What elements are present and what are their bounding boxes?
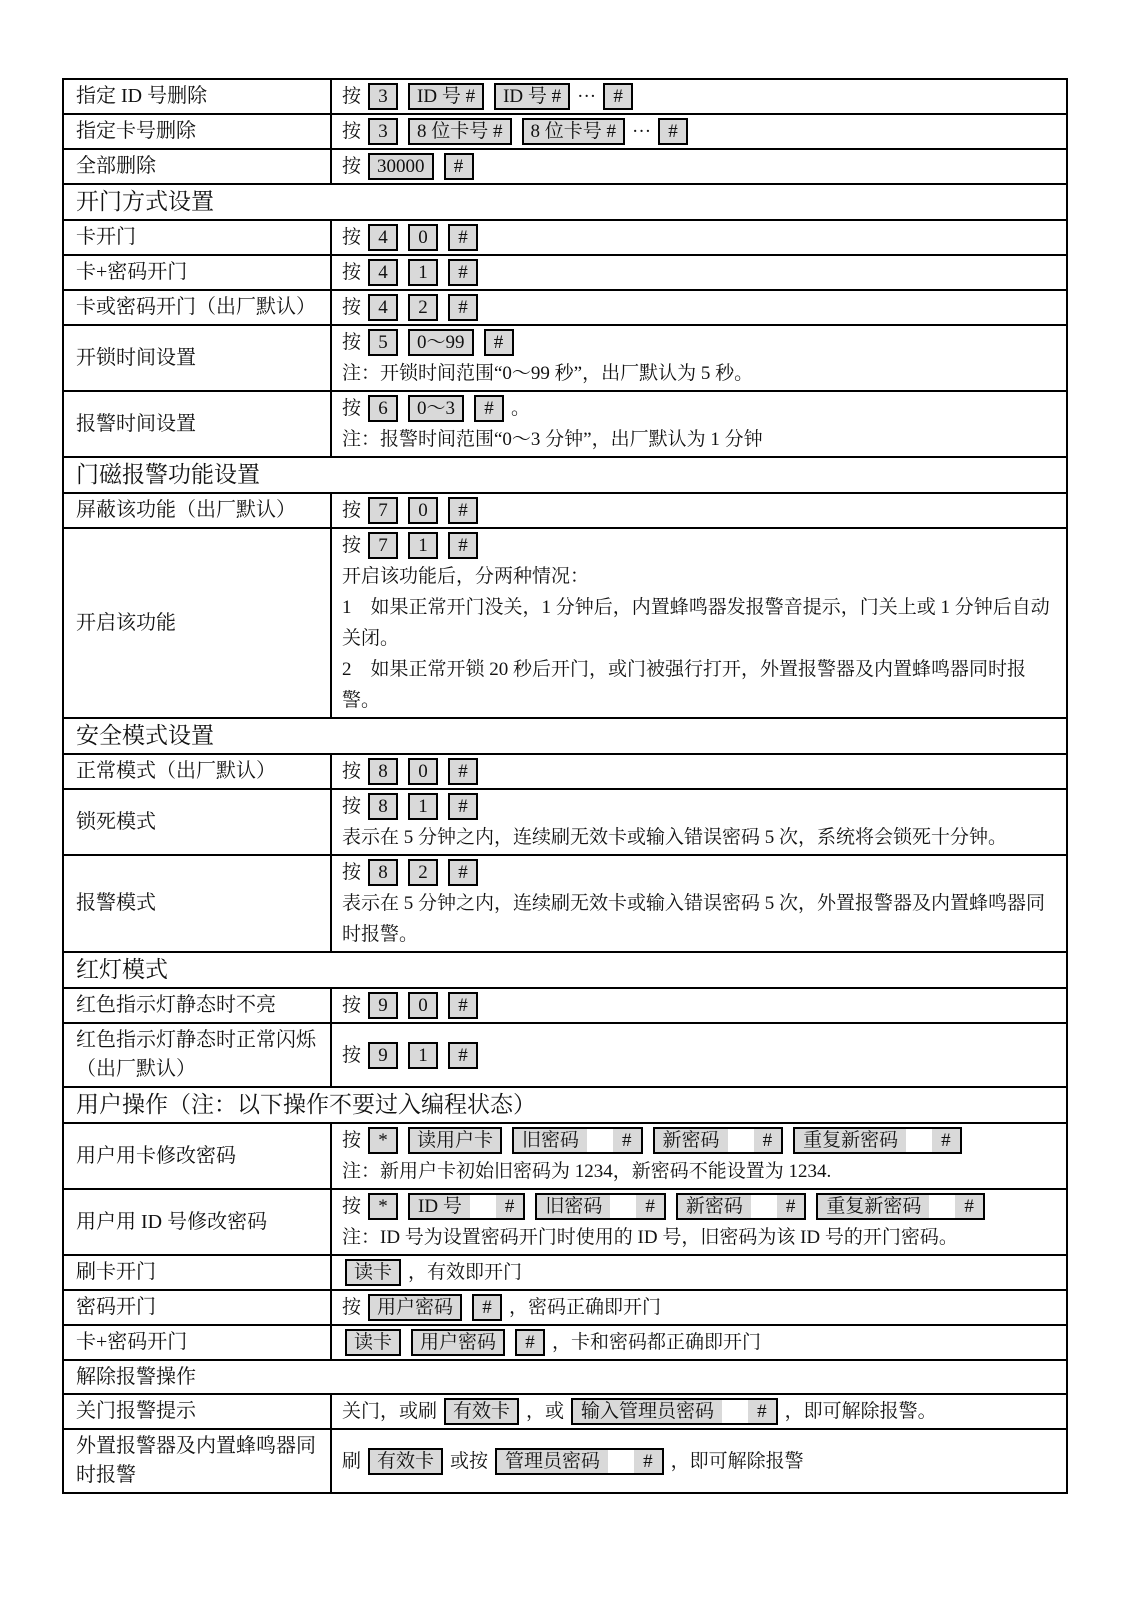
row-label: 卡+密码开门 <box>63 255 331 290</box>
text-run: ，即可解除报警。 <box>785 1396 937 1427</box>
row-label: 卡或密码开门（出厂默认） <box>63 290 331 325</box>
content-line: 按*ID 号#旧密码#新密码#重复新密码# <box>340 1191 1058 1222</box>
text-run: 表示在 5 分钟之内，连续刷无效卡或输入错误密码 5 次，系统将会锁死十分钟。 <box>342 822 1007 853</box>
row-content: 按*ID 号#旧密码#新密码#重复新密码#注：ID 号为设置密码开门时使用的 I… <box>331 1189 1067 1255</box>
section-row: 红灯模式 <box>63 952 1067 988</box>
section-header: 开门方式设置 <box>63 184 1067 220</box>
row-content: 按71#开启该功能后，分两种情况：1 如果正常开门没关，1 分钟后，内置蜂鸣器发… <box>331 528 1067 718</box>
keypad-key: ID 号 # <box>408 83 484 110</box>
section-row: 用户操作（注：以下操作不要过入编程状态） <box>63 1087 1067 1123</box>
table-row: 指定卡号删除按38 位卡号 #8 位卡号 #···# <box>63 114 1067 149</box>
keypad-key: 3 <box>368 83 398 110</box>
content-line: 刷有效卡或按管理员密码#，即可解除报警 <box>340 1446 1058 1477</box>
keypad-key: 用户密码 <box>411 1329 505 1356</box>
key-segment-gap <box>470 1195 496 1218</box>
row-content: 关门，或刷有效卡，或输入管理员密码#，即可解除报警。 <box>331 1394 1067 1429</box>
table-row: 卡或密码开门（出厂默认）按42# <box>63 290 1067 325</box>
content-line: 按50～99# <box>340 327 1058 358</box>
keypad-key: # <box>448 758 478 785</box>
keypad-key: 5 <box>368 329 398 356</box>
keypad-key: # <box>448 294 478 321</box>
key-segment: # <box>777 1195 805 1218</box>
table-row: 卡+密码开门读卡用户密码#，卡和密码都正确即开门 <box>63 1325 1067 1360</box>
text-run: 按 <box>342 327 361 358</box>
row-content: 刷有效卡或按管理员密码#，即可解除报警 <box>331 1429 1067 1493</box>
text-run: 按 <box>342 990 361 1021</box>
row-content: 按40# <box>331 220 1067 255</box>
key-segment: 管理员密码 <box>497 1450 608 1473</box>
table-row: 指定 ID 号删除按3ID 号 #ID 号 #···# <box>63 79 1067 114</box>
keypad-key-combo: ID 号# <box>408 1193 525 1220</box>
content-line: 注：报警时间范围“0～3 分钟”，出厂默认为 1 分钟 <box>340 424 1058 455</box>
keypad-key: # <box>448 259 478 286</box>
keypad-key: 有效卡 <box>368 1448 443 1475</box>
key-segment: # <box>634 1450 662 1473</box>
key-segment-gap <box>610 1195 636 1218</box>
keypad-key: 9 <box>368 992 398 1019</box>
keypad-key: # <box>448 224 478 251</box>
row-label: 卡开门 <box>63 220 331 255</box>
row-label: 红色指示灯静态时不亮 <box>63 988 331 1023</box>
text-run: 按 <box>342 393 361 424</box>
keypad-key: # <box>448 1042 478 1069</box>
row-content: 读卡用户密码#，卡和密码都正确即开门 <box>331 1325 1067 1360</box>
keypad-key: 30000 <box>368 153 434 180</box>
key-segment-gap <box>751 1195 777 1218</box>
key-segment: # <box>613 1129 641 1152</box>
key-segment-gap <box>906 1129 932 1152</box>
keypad-key: # <box>448 859 478 886</box>
row-label: 外置报警器及内置蜂鸣器同时报警 <box>63 1429 331 1493</box>
row-content: 按41# <box>331 255 1067 290</box>
row-label: 指定 ID 号删除 <box>63 79 331 114</box>
keypad-key: 有效卡 <box>444 1398 519 1425</box>
content-line: 注：ID 号为设置密码开门时使用的 ID 号，旧密码为该 ID 号的开门密码。 <box>340 1222 1058 1253</box>
row-content: 按70# <box>331 493 1067 528</box>
text-run: ··· <box>632 116 651 147</box>
content-line: 按91# <box>340 1040 1058 1071</box>
content-line: 开启该功能后，分两种情况： <box>340 561 1058 592</box>
keypad-key: 读用户卡 <box>408 1127 502 1154</box>
keypad-key: 4 <box>368 294 398 321</box>
key-segment: 重复新密码 <box>818 1195 929 1218</box>
content-line: 表示在 5 分钟之内，连续刷无效卡或输入错误密码 5 次，系统将会锁死十分钟。 <box>340 822 1058 853</box>
table-row: 锁死模式按81#表示在 5 分钟之内，连续刷无效卡或输入错误密码 5 次，系统将… <box>63 789 1067 855</box>
keypad-key: # <box>484 329 514 356</box>
content-line: 按用户密码#，密码正确即开门 <box>340 1292 1058 1323</box>
row-label: 开启该功能 <box>63 528 331 718</box>
content-line: 按30000# <box>340 151 1058 182</box>
section-header: 红灯模式 <box>63 952 1067 988</box>
keypad-key: # <box>603 83 633 110</box>
content-line: 按42# <box>340 292 1058 323</box>
content-line: 关门，或刷有效卡，或输入管理员密码#，即可解除报警。 <box>340 1396 1058 1427</box>
row-content: 按*读用户卡旧密码#新密码#重复新密码#注：新用户卡初始旧密码为 1234，新密… <box>331 1123 1067 1189</box>
keypad-key: 8 位卡号 # <box>408 118 512 145</box>
text-run: ，卡和密码都正确即开门 <box>552 1327 761 1358</box>
text-run: ，即可解除报警 <box>671 1446 804 1477</box>
keypad-key: 4 <box>368 259 398 286</box>
row-label: 指定卡号删除 <box>63 114 331 149</box>
row-label: 报警模式 <box>63 855 331 952</box>
keypad-key: 3 <box>368 118 398 145</box>
text-run: 表示在 5 分钟之内，连续刷无效卡或输入错误密码 5 次，外置报警器及内置蜂鸣器… <box>342 888 1056 950</box>
text-run: 按 <box>342 1191 361 1222</box>
table-row: 开启该功能按71#开启该功能后，分两种情况：1 如果正常开门没关，1 分钟后，内… <box>63 528 1067 718</box>
text-run: 1 如果正常开门没关，1 分钟后，内置蜂鸣器发报警音提示，门关上或 1 分钟后自… <box>342 592 1056 654</box>
content-line: 按40# <box>340 222 1058 253</box>
content-line: 1 如果正常开门没关，1 分钟后，内置蜂鸣器发报警音提示，门关上或 1 分钟后自… <box>340 592 1058 654</box>
keypad-key-combo: 旧密码# <box>512 1127 643 1154</box>
keypad-key: # <box>448 532 478 559</box>
content-line: 注：开锁时间范围“0～99 秒”，出厂默认为 5 秒。 <box>340 358 1058 389</box>
manual-table-body: 指定 ID 号删除按3ID 号 #ID 号 #···#指定卡号删除按38 位卡号… <box>63 79 1067 1493</box>
text-run: 注：ID 号为设置密码开门时使用的 ID 号，旧密码为该 ID 号的开门密码。 <box>342 1222 958 1253</box>
row-content: 按30000# <box>331 149 1067 184</box>
content-line: 读卡，有效即开门 <box>340 1257 1058 1288</box>
section-row: 安全模式设置 <box>63 718 1067 754</box>
table-row: 红色指示灯静态时正常闪烁（出厂默认）按91# <box>63 1023 1067 1087</box>
text-run: 2 如果正常开锁 20 秒后开门，或门被强行打开，外置报警器及内置蜂鸣器同时报警… <box>342 654 1056 716</box>
row-content: 按81#表示在 5 分钟之内，连续刷无效卡或输入错误密码 5 次，系统将会锁死十… <box>331 789 1067 855</box>
content-line: 按82# <box>340 857 1058 888</box>
text-run: 刷 <box>342 1446 361 1477</box>
content-line: 按81# <box>340 791 1058 822</box>
content-line: 按60～3#。 <box>340 393 1058 424</box>
section-row: 开门方式设置 <box>63 184 1067 220</box>
keypad-key: * <box>368 1193 398 1220</box>
text-run: 开启该功能后，分两种情况： <box>342 561 589 592</box>
keypad-key: 0 <box>408 497 438 524</box>
row-content: 按42# <box>331 290 1067 325</box>
key-segment: # <box>955 1195 983 1218</box>
keypad-key: 7 <box>368 497 398 524</box>
row-label: 用户用 ID 号修改密码 <box>63 1189 331 1255</box>
keypad-key: 8 <box>368 793 398 820</box>
content-line: 按*读用户卡旧密码#新密码#重复新密码# <box>340 1125 1058 1156</box>
keypad-key: # <box>474 395 504 422</box>
text-run: 注：新用户卡初始旧密码为 1234，新密码不能设置为 1234. <box>342 1156 831 1187</box>
keypad-key-combo: 旧密码# <box>535 1193 666 1220</box>
table-row: 用户用卡修改密码按*读用户卡旧密码#新密码#重复新密码#注：新用户卡初始旧密码为… <box>63 1123 1067 1189</box>
keypad-key: 0～3 <box>408 395 464 422</box>
text-run: 按 <box>342 756 361 787</box>
key-segment: # <box>748 1400 776 1423</box>
keypad-key: 1 <box>408 532 438 559</box>
content-line: 按90# <box>340 990 1058 1021</box>
text-run: 关门，或刷 <box>342 1396 437 1427</box>
keypad-key: # <box>515 1329 545 1356</box>
row-content: 按用户密码#，密码正确即开门 <box>331 1290 1067 1325</box>
keypad-key: 8 <box>368 758 398 785</box>
text-run: 按 <box>342 495 361 526</box>
key-segment: # <box>932 1129 960 1152</box>
content-line: 读卡用户密码#，卡和密码都正确即开门 <box>340 1327 1058 1358</box>
table-row: 刷卡开门读卡，有效即开门 <box>63 1255 1067 1290</box>
key-segment-gap <box>608 1450 634 1473</box>
keypad-key: 0 <box>408 224 438 251</box>
keypad-key: 读卡 <box>345 1259 401 1286</box>
table-row: 关门报警提示关门，或刷有效卡，或输入管理员密码#，即可解除报警。 <box>63 1394 1067 1429</box>
text-run: 按 <box>342 257 361 288</box>
text-run: 。 <box>511 393 530 424</box>
text-run: 按 <box>342 1040 361 1071</box>
key-segment-gap <box>722 1400 748 1423</box>
key-segment: 新密码 <box>678 1195 751 1218</box>
keypad-key-combo: 新密码# <box>653 1127 784 1154</box>
keypad-key: # <box>472 1294 502 1321</box>
table-row: 正常模式（出厂默认）按80# <box>63 754 1067 789</box>
keypad-key: 8 <box>368 859 398 886</box>
key-segment: 新密码 <box>655 1129 728 1152</box>
content-line: 表示在 5 分钟之内，连续刷无效卡或输入错误密码 5 次，外置报警器及内置蜂鸣器… <box>340 888 1058 950</box>
keypad-key: 用户密码 <box>368 1294 462 1321</box>
row-content: 按91# <box>331 1023 1067 1087</box>
manual-table: 指定 ID 号删除按3ID 号 #ID 号 #···#指定卡号删除按38 位卡号… <box>62 78 1068 1494</box>
row-label: 关门报警提示 <box>63 1394 331 1429</box>
keypad-key: # <box>448 793 478 820</box>
row-content: 读卡，有效即开门 <box>331 1255 1067 1290</box>
row-content: 按3ID 号 #ID 号 #···# <box>331 79 1067 114</box>
section-header: 门磁报警功能设置 <box>63 457 1067 493</box>
table-row: 红色指示灯静态时不亮按90# <box>63 988 1067 1023</box>
table-row: 卡开门按40# <box>63 220 1067 255</box>
keypad-key: 8 位卡号 # <box>522 118 626 145</box>
text-run: 按 <box>342 292 361 323</box>
keypad-key-combo: 管理员密码# <box>495 1448 664 1475</box>
manual-page: 指定 ID 号删除按3ID 号 #ID 号 #···#指定卡号删除按38 位卡号… <box>0 0 1126 1600</box>
section-row: 门磁报警功能设置 <box>63 457 1067 493</box>
keypad-key-combo: 重复新密码# <box>816 1193 985 1220</box>
keypad-key: 1 <box>408 259 438 286</box>
row-label: 红色指示灯静态时正常闪烁（出厂默认） <box>63 1023 331 1087</box>
text-run: 按 <box>342 151 361 182</box>
keypad-key: # <box>444 153 474 180</box>
text-run: 注：开锁时间范围“0～99 秒”，出厂默认为 5 秒。 <box>342 358 753 389</box>
keypad-key: 0 <box>408 992 438 1019</box>
text-run: 按 <box>342 1125 361 1156</box>
keypad-key: 读卡 <box>345 1329 401 1356</box>
section-header: 用户操作（注：以下操作不要过入编程状态） <box>63 1087 1067 1123</box>
text-run: 按 <box>342 1292 361 1323</box>
section-row: 解除报警操作 <box>63 1360 1067 1394</box>
text-run: ··· <box>577 81 596 112</box>
row-label: 刷卡开门 <box>63 1255 331 1290</box>
keypad-key: # <box>448 497 478 524</box>
text-run: 按 <box>342 791 361 822</box>
row-content: 按80# <box>331 754 1067 789</box>
keypad-key: ID 号 # <box>494 83 570 110</box>
text-run: 按 <box>342 857 361 888</box>
table-row: 报警模式按82#表示在 5 分钟之内，连续刷无效卡或输入错误密码 5 次，外置报… <box>63 855 1067 952</box>
keypad-key: 4 <box>368 224 398 251</box>
content-line: 按38 位卡号 #8 位卡号 #···# <box>340 116 1058 147</box>
text-run: ，密码正确即开门 <box>509 1292 661 1323</box>
keypad-key: 6 <box>368 395 398 422</box>
keypad-key: * <box>368 1127 398 1154</box>
key-segment: ID 号 <box>410 1195 470 1218</box>
keypad-key: # <box>658 118 688 145</box>
text-run: ，有效即开门 <box>408 1257 522 1288</box>
row-label: 用户用卡修改密码 <box>63 1123 331 1189</box>
row-content: 按90# <box>331 988 1067 1023</box>
content-line: 按70# <box>340 495 1058 526</box>
key-segment: 重复新密码 <box>795 1129 906 1152</box>
key-segment: # <box>496 1195 524 1218</box>
table-row: 外置报警器及内置蜂鸣器同时报警刷有效卡或按管理员密码#，即可解除报警 <box>63 1429 1067 1493</box>
content-line: 注：新用户卡初始旧密码为 1234，新密码不能设置为 1234. <box>340 1156 1058 1187</box>
keypad-key: 1 <box>408 793 438 820</box>
text-run: 或按 <box>450 1446 488 1477</box>
table-row: 开锁时间设置按50～99#注：开锁时间范围“0～99 秒”，出厂默认为 5 秒。 <box>63 325 1067 391</box>
table-row: 卡+密码开门按41# <box>63 255 1067 290</box>
section-header: 安全模式设置 <box>63 718 1067 754</box>
row-label: 正常模式（出厂默认） <box>63 754 331 789</box>
key-segment: 旧密码 <box>514 1129 587 1152</box>
keypad-key-combo: 新密码# <box>676 1193 807 1220</box>
text-run: ，或 <box>526 1396 564 1427</box>
text-run: 注：报警时间范围“0～3 分钟”，出厂默认为 1 分钟 <box>342 424 763 455</box>
keypad-key: 0 <box>408 758 438 785</box>
section-header: 解除报警操作 <box>63 1360 1067 1394</box>
keypad-key: 9 <box>368 1042 398 1069</box>
keypad-key: 7 <box>368 532 398 559</box>
key-segment-gap <box>728 1129 754 1152</box>
table-row: 密码开门按用户密码#，密码正确即开门 <box>63 1290 1067 1325</box>
text-run: 按 <box>342 116 361 147</box>
row-label: 锁死模式 <box>63 789 331 855</box>
keypad-key: 1 <box>408 1042 438 1069</box>
row-label: 报警时间设置 <box>63 391 331 457</box>
text-run: 按 <box>342 530 361 561</box>
key-segment: 旧密码 <box>537 1195 610 1218</box>
keypad-key: 2 <box>408 294 438 321</box>
keypad-key-combo: 重复新密码# <box>793 1127 962 1154</box>
table-row: 屏蔽该功能（出厂默认）按70# <box>63 493 1067 528</box>
row-content: 按38 位卡号 #8 位卡号 #···# <box>331 114 1067 149</box>
content-line: 2 如果正常开锁 20 秒后开门，或门被强行打开，外置报警器及内置蜂鸣器同时报警… <box>340 654 1058 716</box>
row-content: 按50～99#注：开锁时间范围“0～99 秒”，出厂默认为 5 秒。 <box>331 325 1067 391</box>
key-segment: # <box>636 1195 664 1218</box>
keypad-key: 2 <box>408 859 438 886</box>
key-segment-gap <box>587 1129 613 1152</box>
row-label: 卡+密码开门 <box>63 1325 331 1360</box>
key-segment-gap <box>929 1195 955 1218</box>
keypad-key: 0～99 <box>408 329 474 356</box>
content-line: 按80# <box>340 756 1058 787</box>
content-line: 按71# <box>340 530 1058 561</box>
row-content: 按60～3#。注：报警时间范围“0～3 分钟”，出厂默认为 1 分钟 <box>331 391 1067 457</box>
key-segment: 输入管理员密码 <box>573 1400 722 1423</box>
table-row: 报警时间设置按60～3#。注：报警时间范围“0～3 分钟”，出厂默认为 1 分钟 <box>63 391 1067 457</box>
text-run: 按 <box>342 81 361 112</box>
content-line: 按41# <box>340 257 1058 288</box>
keypad-key: # <box>448 992 478 1019</box>
table-row: 用户用 ID 号修改密码按*ID 号#旧密码#新密码#重复新密码#注：ID 号为… <box>63 1189 1067 1255</box>
keypad-key-combo: 输入管理员密码# <box>571 1398 778 1425</box>
row-label: 屏蔽该功能（出厂默认） <box>63 493 331 528</box>
key-segment: # <box>754 1129 782 1152</box>
row-label: 开锁时间设置 <box>63 325 331 391</box>
text-run: 按 <box>342 222 361 253</box>
row-label: 密码开门 <box>63 1290 331 1325</box>
table-row: 全部删除按30000# <box>63 149 1067 184</box>
content-line: 按3ID 号 #ID 号 #···# <box>340 81 1058 112</box>
row-label: 全部删除 <box>63 149 331 184</box>
row-content: 按82#表示在 5 分钟之内，连续刷无效卡或输入错误密码 5 次，外置报警器及内… <box>331 855 1067 952</box>
